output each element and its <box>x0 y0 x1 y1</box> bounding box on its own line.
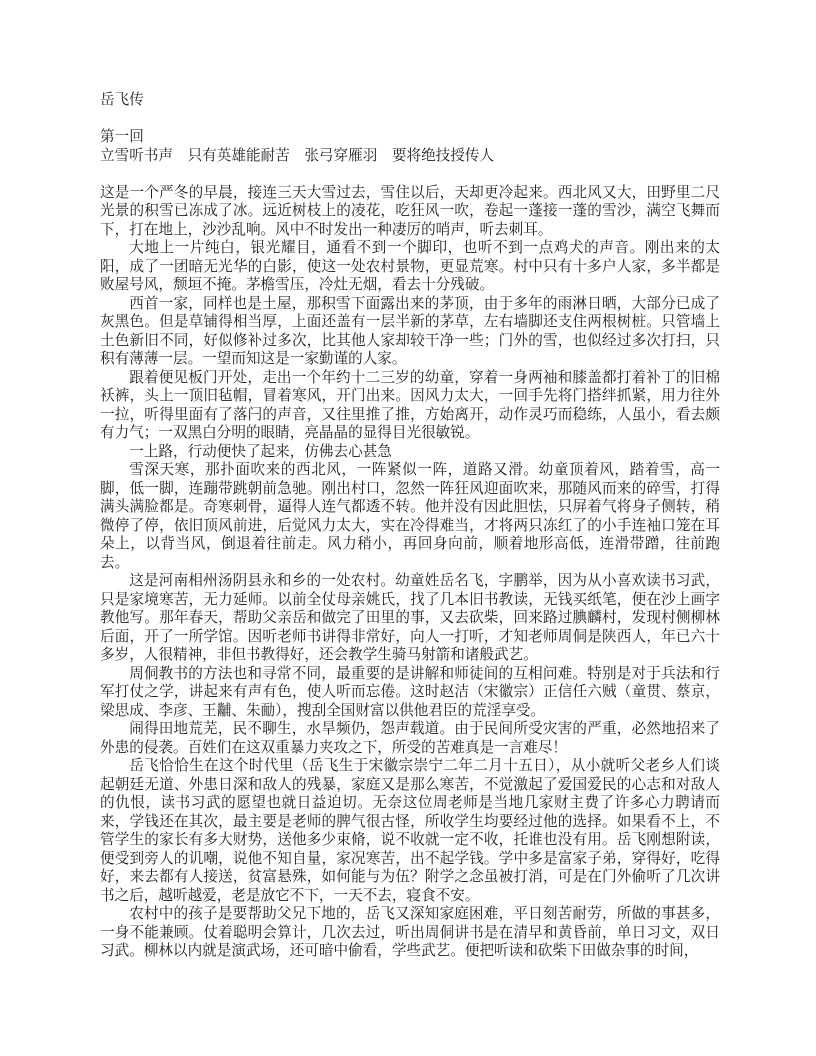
paragraph: 雪深天寒，那扑面吹来的西北风，一阵紧似一阵，道路又滑。幼童顶着风，踏着雪，高一脚… <box>100 461 720 572</box>
paragraph: 这是河南相州汤阴县永和乡的一处农村。幼童姓岳名飞，字鹏举，因为从小喜欢读书习武，… <box>100 572 720 665</box>
paragraph: 闹得田地荒芜，民不聊生，水旱频仍，怨声载道。由于民间所受灾害的严重，必然地招来了… <box>100 720 720 757</box>
paragraph: 一上路，行动便快了起来，仿佛去心甚急 <box>100 443 720 462</box>
paragraph: 跟着便见板门开处，走出一个年约十二三岁的幼童，穿着一身两袖和膝盖都打着补丁的旧棉… <box>100 369 720 443</box>
text-block: 岳飞传 第一回 立雪听书声 只有英雄能耐苦 张弓穿雁羽 要将绝技授传人 这是一个… <box>100 91 720 961</box>
paragraph: 农村中的孩子是要帮助父兄下地的，岳飞又深知家庭困难，平日刻苦耐劳，所做的事甚多，… <box>100 905 720 961</box>
paragraph: 周侗教书的方法也和寻常不同，最重要的是讲解和师徒间的互相问难。特别是对于兵法和行… <box>100 665 720 721</box>
paragraph: 岳飞恰恰生在这个时代里（岳飞生于宋徽宗崇宁二年二月十五日），从小就听父老乡人们谈… <box>100 757 720 905</box>
paragraph: 这是一个严冬的早晨，接连三天大雪过去，雪住以后，天却更冷起来。西北风又大，田野里… <box>100 184 720 240</box>
chapter-title: 立雪听书声 只有英雄能耐苦 张弓穿雁羽 要将绝技授传人 <box>100 147 720 166</box>
document-page: 岳飞传 第一回 立雪听书声 只有英雄能耐苦 张弓穿雁羽 要将绝技授传人 这是一个… <box>0 0 816 1056</box>
book-title: 岳飞传 <box>100 91 720 110</box>
paragraph: 大地上一片纯白，银光耀目，通看不到一个脚印，也听不到一点鸡犬的声音。刚出来的太阳… <box>100 239 720 295</box>
blank-line <box>100 110 720 129</box>
paragraph-list: 这是一个严冬的早晨，接连三天大雪过去，雪住以后，天却更冷起来。西北风又大，田野里… <box>100 184 720 961</box>
chapter-number: 第一回 <box>100 128 720 147</box>
paragraph: 西首一家，同样也是土屋，那积雪下面露出来的茅顶，由于多年的雨淋日晒，大部分已成了… <box>100 295 720 369</box>
blank-line <box>100 165 720 184</box>
